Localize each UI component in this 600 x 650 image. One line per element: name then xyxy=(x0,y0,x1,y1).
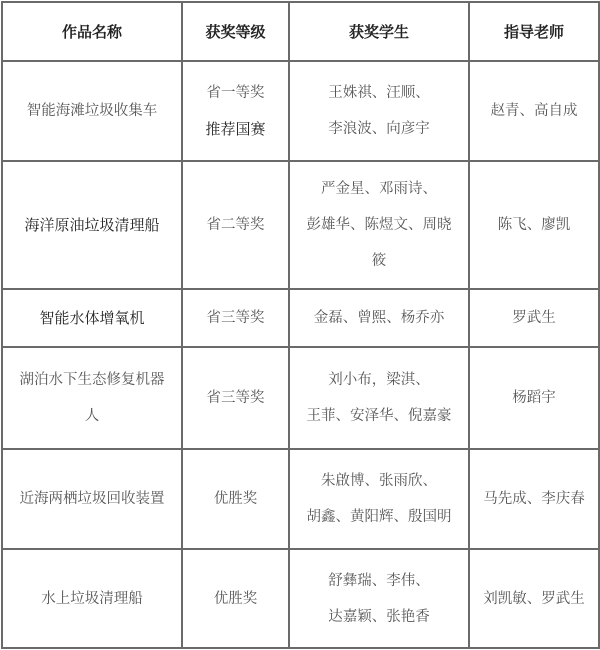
cell-award-level: 省三等奖 xyxy=(182,289,289,347)
cell-advisors: 罗武生 xyxy=(469,289,599,347)
students-line: 李浪波、向彦宇 xyxy=(294,111,464,147)
students-line: 彭雄华、陈煜文、周晓 xyxy=(294,207,464,243)
cell-award-level: 省二等奖 xyxy=(182,161,289,289)
students-line: 严金星、邓雨诗、 xyxy=(294,171,464,207)
cell-students: 朱啟博、张雨欣、 胡鑫、黄阳辉、殷国明 xyxy=(289,449,469,549)
cell-work-name: 湖泊水下生态修复机器 人 xyxy=(2,347,182,449)
cell-students: 舒彝瑞、李伟、 达嘉颖、张艳香 xyxy=(289,549,469,648)
cell-advisors: 刘凯敏、罗武生 xyxy=(469,549,599,648)
cell-work-name: 智能海滩垃圾收集车 xyxy=(2,61,182,161)
students-line: 刘小布，梁淇、 xyxy=(294,362,464,398)
cell-award-level: 优胜奖 xyxy=(182,549,289,648)
cell-advisors: 陈飞、廖凯 xyxy=(469,161,599,289)
cell-students: 刘小布，梁淇、 王菲、安泽华、倪嘉豪 xyxy=(289,347,469,449)
cell-award-level: 省一等奖 推荐国赛 xyxy=(182,61,289,161)
cell-work-name: 海洋原油垃圾清理船 xyxy=(2,161,182,289)
students-line: 达嘉颖、张艳香 xyxy=(294,599,464,635)
header-advisors: 指导老师 xyxy=(469,2,599,61)
cell-advisors: 杨蹈宇 xyxy=(469,347,599,449)
cell-students: 金磊、曾熙、杨乔亦 xyxy=(289,289,469,347)
students-line: 王菲、安泽华、倪嘉豪 xyxy=(294,398,464,434)
table-row: 水上垃圾清理船 优胜奖 舒彝瑞、李伟、 达嘉颖、张艳香 刘凯敏、罗武生 xyxy=(2,549,599,648)
award-level-line: 省一等奖 xyxy=(187,75,284,111)
cell-work-name: 近海两栖垃圾回收装置 xyxy=(2,449,182,549)
cell-work-name: 智能水体增氧机 xyxy=(2,289,182,347)
award-table: 作品名称 获奖等级 获奖学生 指导老师 智能海滩垃圾收集车 省一等奖 推荐国赛 … xyxy=(1,1,600,649)
table-row: 湖泊水下生态修复机器 人 省三等奖 刘小布，梁淇、 王菲、安泽华、倪嘉豪 杨蹈宇 xyxy=(2,347,599,449)
header-award-level: 获奖等级 xyxy=(182,2,289,61)
cell-advisors: 马先成、李庆春 xyxy=(469,449,599,549)
work-name-line: 人 xyxy=(7,398,177,434)
work-name-line: 湖泊水下生态修复机器 xyxy=(7,362,177,398)
table-row: 智能水体增氧机 省三等奖 金磊、曾熙、杨乔亦 罗武生 xyxy=(2,289,599,347)
cell-award-level: 优胜奖 xyxy=(182,449,289,549)
table-row: 海洋原油垃圾清理船 省二等奖 严金星、邓雨诗、 彭雄华、陈煜文、周晓 筱 陈飞、… xyxy=(2,161,599,289)
cell-students: 王姝祺、汪顺、 李浪波、向彦宇 xyxy=(289,61,469,161)
students-line: 胡鑫、黄阳辉、殷国明 xyxy=(294,499,464,535)
table-row: 智能海滩垃圾收集车 省一等奖 推荐国赛 王姝祺、汪顺、 李浪波、向彦宇 赵青、高… xyxy=(2,61,599,161)
students-line: 王姝祺、汪顺、 xyxy=(294,75,464,111)
recommendation-note: 推荐国赛 xyxy=(187,111,284,147)
cell-advisors: 赵青、高自成 xyxy=(469,61,599,161)
cell-work-name: 水上垃圾清理船 xyxy=(2,549,182,648)
header-row: 作品名称 获奖等级 获奖学生 指导老师 xyxy=(2,2,599,61)
header-work-name: 作品名称 xyxy=(2,2,182,61)
cell-students: 严金星、邓雨诗、 彭雄华、陈煜文、周晓 筱 xyxy=(289,161,469,289)
table-row: 近海两栖垃圾回收装置 优胜奖 朱啟博、张雨欣、 胡鑫、黄阳辉、殷国明 马先成、李… xyxy=(2,449,599,549)
students-line: 筱 xyxy=(294,243,464,279)
cell-award-level: 省三等奖 xyxy=(182,347,289,449)
students-line: 朱啟博、张雨欣、 xyxy=(294,463,464,499)
header-award-students: 获奖学生 xyxy=(289,2,469,61)
students-line: 舒彝瑞、李伟、 xyxy=(294,563,464,599)
